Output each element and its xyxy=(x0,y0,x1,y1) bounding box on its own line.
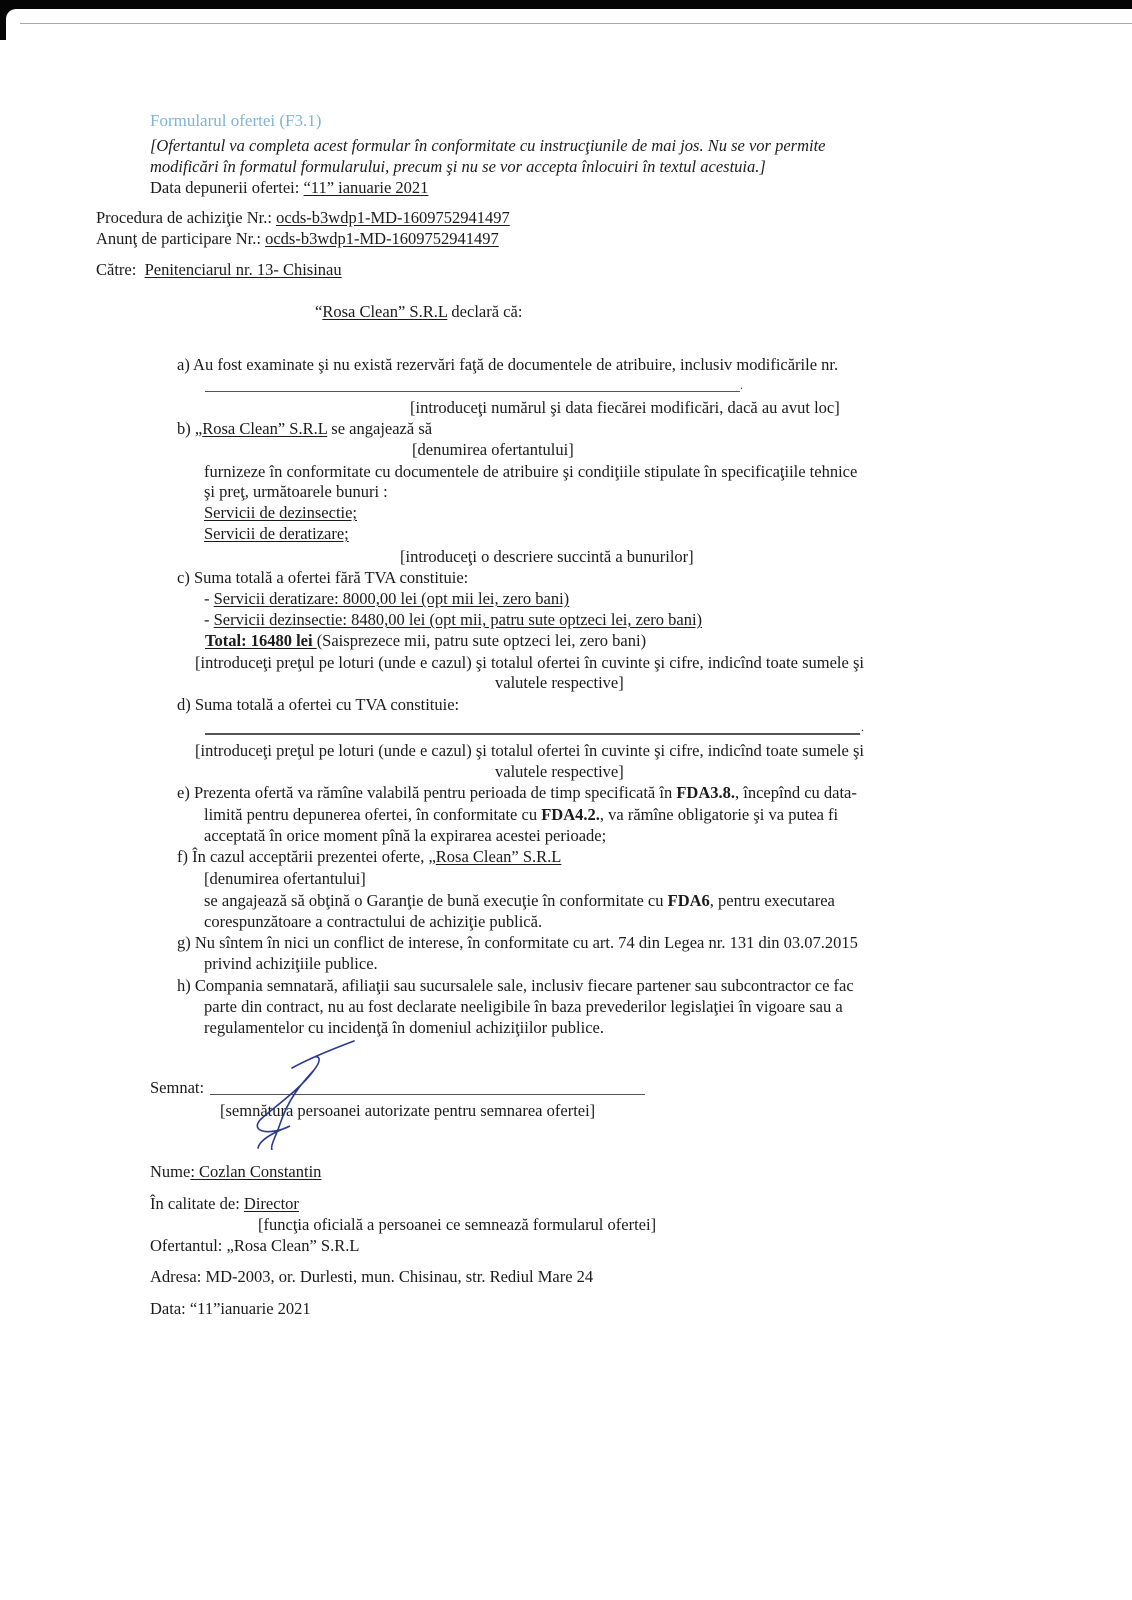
section-d-hint-2: valutele respective] xyxy=(495,762,624,782)
goods-item: Servicii de dezinsectie; xyxy=(204,503,357,523)
section-c-hint-2: valutele respective] xyxy=(495,673,624,693)
form-title: Formularul ofertei (F3.1) xyxy=(150,111,321,131)
ref-fda42: FDA4.2. xyxy=(541,805,600,824)
instruction-line-2: modificări în formatul formularului, pre… xyxy=(150,157,766,177)
notice-value: ocds-b3wdp1-MD-1609752941497 xyxy=(265,229,499,248)
text: f) În cazul acceptării prezentei oferte,… xyxy=(177,847,436,866)
section-e-line-1: e) Prezenta ofertă va rămîne valabilă pe… xyxy=(177,783,857,803)
declarant-line: “Rosa Clean” S.R.L declară că: xyxy=(315,302,522,322)
price-item: - Servicii dezinsectie: 8480,00 lei (opt… xyxy=(204,610,702,630)
procedure-number: Procedura de achiziţie Nr.: ocds-b3wdp1-… xyxy=(96,208,510,228)
declares-text: declară că: xyxy=(447,302,522,321)
section-a-hint: [introduceţi numărul şi data fiecărei mo… xyxy=(410,398,840,418)
text: , începînd cu data- xyxy=(735,783,857,802)
section-a-blank-line xyxy=(205,391,740,392)
role-hint: [funcţia oficială a persoanei ce semneaz… xyxy=(258,1215,656,1235)
signer-name: Nume: Cozlan Constantin xyxy=(150,1162,321,1182)
section-b-line-2: şi preţ, următoarele bunuri : xyxy=(204,482,388,502)
signer-role: În calitate de: Director xyxy=(150,1194,299,1214)
signed-label: Semnat: xyxy=(150,1078,204,1098)
submission-date-value: “11” ianuarie 2021 xyxy=(303,178,428,197)
procedure-value: ocds-b3wdp1-MD-1609752941497 xyxy=(276,208,510,227)
section-g-line-2: privind achiziţiile publice. xyxy=(204,954,378,974)
section-f-line-1: se angajează să obţină o Garanţie de bun… xyxy=(204,891,835,911)
scan-top-edge xyxy=(0,0,1132,9)
recipient-label: Către: xyxy=(96,260,136,279)
name-label: Nume xyxy=(150,1162,190,1181)
section-f-hint-name: [denumirea ofertantului] xyxy=(204,869,366,889)
section-e-line-2: limită pentru depunerea ofertei, în conf… xyxy=(204,805,838,825)
total-amount: Total: 16480 lei xyxy=(205,631,317,650)
section-b-line-1: furnizeze în conformitate cu documentele… xyxy=(204,462,857,482)
section-d-hint-1: [introduceţi preţul pe loturi (unde e ca… xyxy=(195,741,864,761)
price-item: - Servicii deratizare: 8000,00 lei (opt … xyxy=(204,589,569,609)
submission-date: Data depunerii ofertei: “11” ianuarie 20… xyxy=(150,178,428,198)
total-words: (Saisprezece mii, patru sute optzeci lei… xyxy=(317,631,646,650)
total-line: Total: 16480 lei (Saisprezece mii, patru… xyxy=(205,631,646,651)
section-h-line-1: h) Compania semnatară, afiliaţii sau suc… xyxy=(177,976,854,996)
declarant-name: Rosa Clean” S.R.L xyxy=(322,302,447,321)
section-b-opening: b) „Rosa Clean” S.R.L se angajează să xyxy=(177,419,432,439)
text: , va rămîne obligatorie şi va putea fi xyxy=(600,805,838,824)
role-value: Director xyxy=(244,1194,299,1213)
name-value: : Cozlan Constantin xyxy=(190,1162,321,1181)
notice-label: Anunţ de participare Nr.: xyxy=(96,229,261,248)
price-item-disinsection: Servicii dezinsectie: 8480,00 lei (opt m… xyxy=(214,610,702,629)
section-a-text: a) Au fost examinate şi nu există rezerv… xyxy=(177,355,838,375)
ref-fda38: FDA3.8. xyxy=(676,783,735,802)
recipient-value: Penitenciarul nr. 13- Chisinau xyxy=(145,260,342,279)
role-label: În calitate de: xyxy=(150,1194,244,1213)
signature-date: Data: “11”ianuarie 2021 xyxy=(150,1299,311,1319)
section-e-line-3: acceptată în orice moment pînă la expira… xyxy=(204,826,606,846)
section-f-line-2: corespunzătoare a contractului de achizi… xyxy=(204,912,542,932)
section-b-suffix: se angajează să xyxy=(327,419,432,438)
section-b-company: Rosa Clean” S.R.L xyxy=(202,419,327,438)
price-item-deratization: Servicii deratizare: 8000,00 lei (opt mi… xyxy=(214,589,570,608)
scan-corner-inner xyxy=(6,9,20,49)
section-d-dot: . xyxy=(861,720,864,735)
signature-stroke xyxy=(257,1041,354,1150)
section-b-hint-goods: [introduceţi o descriere succintă a bunu… xyxy=(400,547,694,567)
section-d-text: d) Suma totală a ofertei cu TVA constitu… xyxy=(177,695,459,715)
section-c-text: c) Suma totală a ofertei fără TVA consti… xyxy=(177,568,468,588)
notice-number: Anunţ de participare Nr.: ocds-b3wdp1-MD… xyxy=(96,229,499,249)
text: se angajează să obţină o Garanţie de bun… xyxy=(204,891,668,910)
submission-date-label: Data depunerii ofertei: xyxy=(150,178,299,197)
handwritten-signature xyxy=(230,1040,370,1150)
section-h-line-2: parte din contract, nu au fost declarate… xyxy=(204,997,843,1017)
section-b-hint-name: [denumirea ofertantului] xyxy=(412,440,574,460)
section-h-line-3: regulamentelor cu incidenţă în domeniul … xyxy=(204,1018,604,1038)
section-g-line-1: g) Nu sîntem în nici un conflict de inte… xyxy=(177,933,858,953)
section-f-opening: f) În cazul acceptării prezentei oferte,… xyxy=(177,847,561,867)
instruction-line-1: [Ofertantul va completa acest formular î… xyxy=(150,136,826,156)
text: e) Prezenta ofertă va rămîne valabilă pe… xyxy=(177,783,676,802)
section-b-prefix: b) „ xyxy=(177,419,202,438)
section-f-company: Rosa Clean” S.R.L xyxy=(436,847,562,866)
section-a-dot: . xyxy=(740,378,743,393)
procedure-label: Procedura de achiziţie Nr.: xyxy=(96,208,272,227)
section-d-blank-line xyxy=(205,733,860,735)
ref-fda6: FDA6 xyxy=(668,891,710,910)
recipient: Către: Penitenciarul nr. 13- Chisinau xyxy=(96,260,342,280)
goods-item: Servicii de deratizare; xyxy=(204,524,349,544)
scan-header-line xyxy=(20,23,1132,24)
text: , pentru executarea xyxy=(710,891,835,910)
bidder: Ofertantul: „Rosa Clean” S.R.L xyxy=(150,1236,359,1256)
bidder-address: Adresa: MD-2003, or. Durlesti, mun. Chis… xyxy=(150,1267,593,1287)
text: limită pentru depunerea ofertei, în conf… xyxy=(204,805,541,824)
section-c-hint-1: [introduceţi preţul pe loturi (unde e ca… xyxy=(195,653,864,673)
